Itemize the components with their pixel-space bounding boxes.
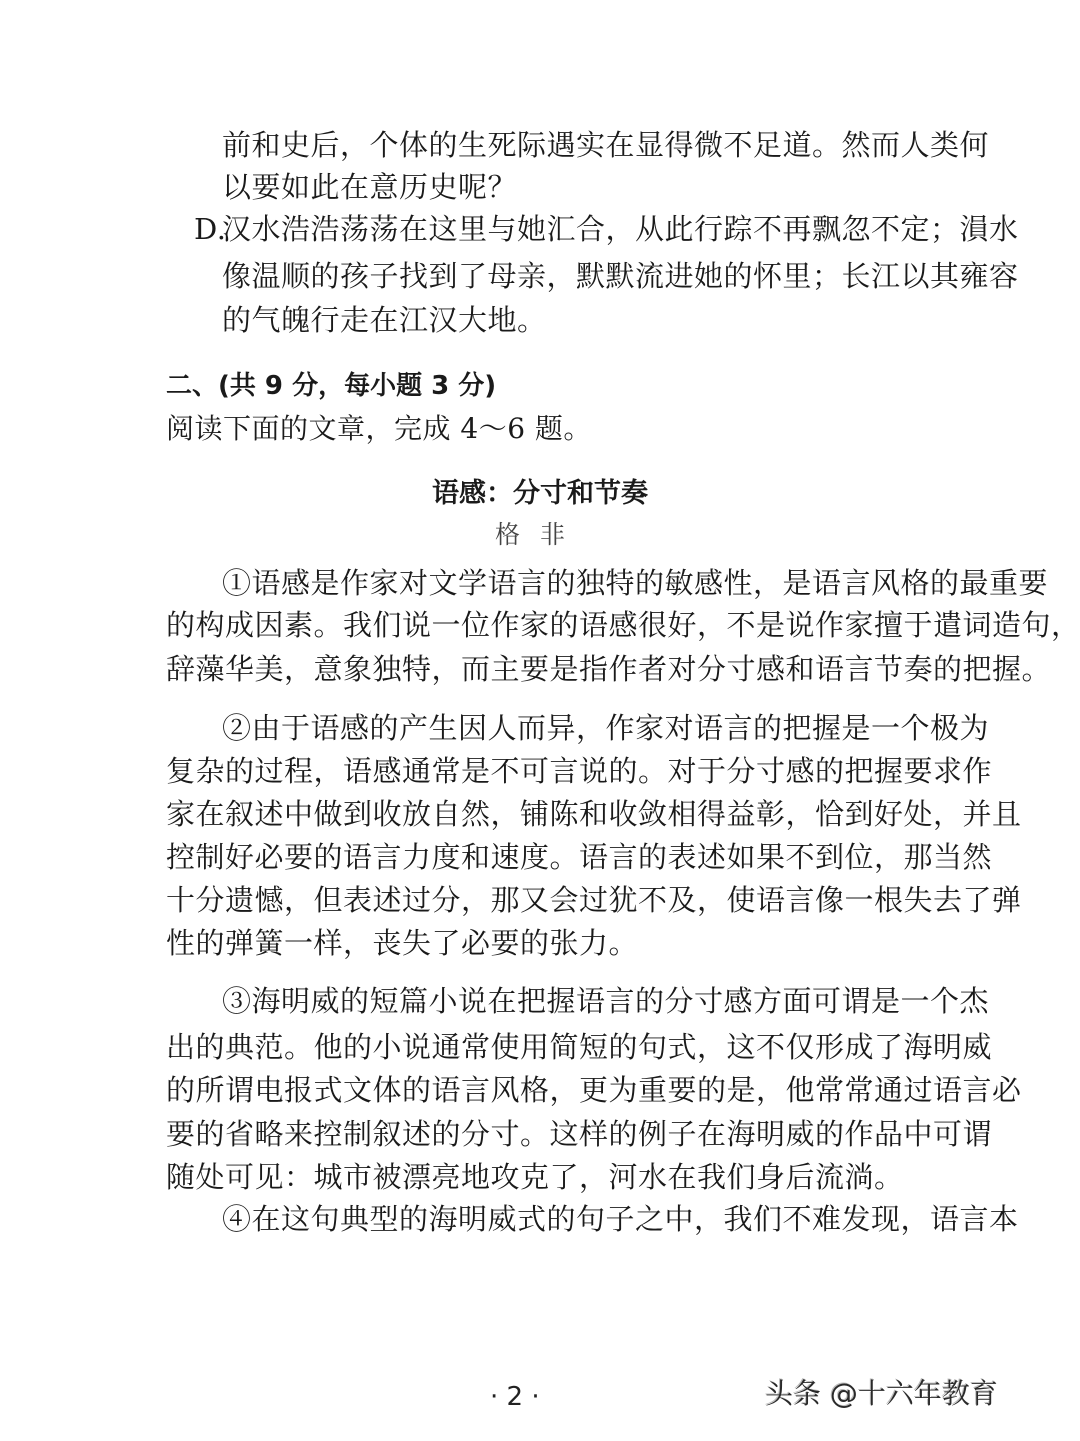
article-title: 语感：分寸和节奏 [0,478,1080,510]
text-line: 的构成因素。我们说一位作家的语感很好，不是说作家擅于遣词造句， [166,608,1080,642]
text-line: 要的省略来控制叙述的分寸。这样的例子在海明威的作品中可谓 [166,1117,992,1151]
watermark: 头条 @十六年教育 [765,1372,998,1412]
page-number: · 2 · [490,1382,540,1412]
text-line: 的气魄行走在江汉大地。 [222,303,547,337]
text-line: 辞藻华美，意象独特，而主要是指作者对分寸感和语言节奏的把握。 [166,652,1051,686]
text-line: 家在叙述中做到收放自然，铺陈和收敛相得益彰，恰到好处，并且 [166,797,1022,831]
text-line: 出的典范。他的小说通常使用简短的句式，这不仅形成了海明威 [166,1030,992,1064]
text-line: 控制好必要的语言力度和速度。语言的表述如果不到位，那当然 [166,840,992,874]
text-line: ①语感是作家对文学语言的独特的敏感性，是语言风格的最重要 [222,566,1048,600]
text-line: 的所谓电报式文体的语言风格，更为重要的是，他常常通过语言必 [166,1073,1022,1107]
text-line: ③海明威的短篇小说在把握语言的分寸感方面可谓是一个杰 [222,984,989,1018]
text-line: 汉水浩浩荡荡在这里与她汇合，从此行踪不再飘忽不定；溳水 [222,212,1019,246]
section-instruction: 阅读下面的文章，完成 4～6 题。 [166,412,592,446]
text-line: ②由于语感的产生因人而异，作家对语言的把握是一个极为 [222,711,989,745]
text-line: ④在这句典型的海明威式的句子之中，我们不难发现，语言本 [222,1202,1019,1236]
text-line: 十分遗憾，但表述过分，那又会过犹不及，使语言像一根失去了弹 [166,883,1022,917]
section-heading: 二、(共 9 分，每小题 3 分) [166,370,496,402]
text-line: 复杂的过程，语感通常是不可言说的。对于分寸感的把握要求作 [166,754,992,788]
text-line: 像温顺的孩子找到了母亲，默默流进她的怀里；长江以其雍容 [222,259,1019,293]
article-author: 格非 [0,520,1080,550]
text-line: 前和史后，个体的生死际遇实在显得微不足道。然而人类何 [222,128,989,162]
text-line: 性的弹簧一样，丧失了必要的张力。 [166,926,638,960]
text-line: 以要如此在意历史呢？ [222,170,517,204]
text-line: 随处可见：城市被漂亮地攻克了，河水在我们身后流淌。 [166,1160,904,1194]
